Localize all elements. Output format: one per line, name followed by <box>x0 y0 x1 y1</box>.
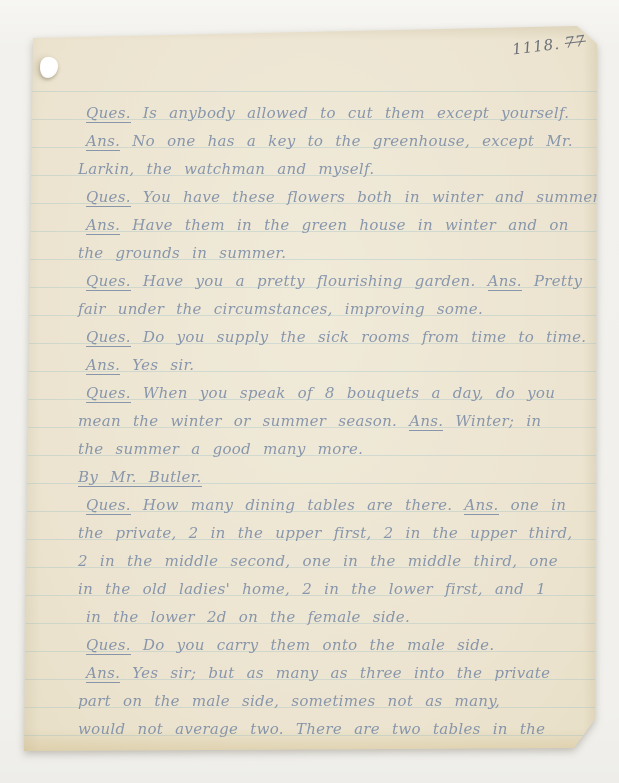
handwriting-line: Ans. Yes sir; but as many as three into … <box>78 660 590 688</box>
handwriting-line: Ques. Do you carry them onto the male si… <box>78 632 590 660</box>
handwriting-text: Do you supply the sick rooms from time t… <box>131 328 587 346</box>
handwriting-text: would not average two. There are two tab… <box>78 720 545 738</box>
handwriting-text: the summer a good many more. <box>78 440 363 458</box>
qa-label: Ans. <box>86 216 120 235</box>
qa-label: Ques. <box>86 496 131 515</box>
handwriting-line: Ans. Have them in the green house in win… <box>78 212 590 240</box>
qa-label: Ans. <box>409 412 443 431</box>
handwriting-text: Winter; in <box>443 412 541 430</box>
handwriting-line: Ques. Is anybody allowed to cut them exc… <box>78 100 590 128</box>
qa-label: Ans. <box>464 496 498 515</box>
handwriting-text: Do you carry them onto the male side. <box>131 636 495 654</box>
handwriting-text: in the old ladies' home, 2 in the lower … <box>78 580 546 598</box>
handwriting-line: Ques. You have these flowers both in win… <box>78 184 590 212</box>
handwriting-text: in the lower 2d on the female side. <box>86 608 410 626</box>
paper-wrapper: 1118.77 Ques. Is anybody allowed to cut … <box>20 24 599 754</box>
page-number-value: 1118. <box>511 35 561 59</box>
handwriting-text: mean the winter or summer season. <box>78 412 409 430</box>
handwriting-text: How many dining tables are there. <box>131 496 465 514</box>
handwriting-text: Larkin, the watchman and myself. <box>78 160 374 178</box>
qa-label: Ans. <box>86 356 120 375</box>
qa-label: Ques. <box>86 272 131 291</box>
handwriting-text: Have them in the green house in winter a… <box>120 216 569 234</box>
qa-label: Ques. <box>86 104 131 123</box>
handwriting-text: Yes sir. <box>120 356 194 374</box>
page-number-struck: 77 <box>564 32 587 52</box>
handwriting-line: Ques. Have you a pretty flourishing gard… <box>78 268 590 296</box>
paper-sheet: 1118.77 Ques. Is anybody allowed to cut … <box>20 24 599 754</box>
qa-label: Ans. <box>86 132 120 151</box>
handwriting-text: fair under the circumstances, improving … <box>78 300 483 318</box>
page-number: 1118.77 <box>511 32 587 59</box>
handwriting-line: 2 in the middle second, one in the middl… <box>78 548 590 576</box>
handwriting-line: Ans. No one has a key to the greenhouse,… <box>78 128 590 156</box>
handwriting-line: Larkin, the watchman and myself. <box>78 156 590 184</box>
qa-label: Ans. <box>488 272 522 291</box>
handwriting-line: in the old ladies' home, 2 in the lower … <box>78 576 590 604</box>
handwriting-line: Ques. How many dining tables are there. … <box>78 492 590 520</box>
handwriting-line: part on the male side, sometimes not as … <box>78 688 590 716</box>
qa-label: Ans. <box>86 664 120 683</box>
handwriting-text: one in <box>499 496 567 514</box>
handwriting-text: part on the male side, sometimes not as … <box>78 692 500 710</box>
qa-label: Ques. <box>86 188 131 207</box>
handwriting-block: Ques. Is anybody allowed to cut them exc… <box>78 100 590 744</box>
handwriting-line: Ques. When you speak of 8 bouquets a day… <box>78 380 590 408</box>
handwriting-line: mean the winter or summer season. Ans. W… <box>78 408 590 436</box>
qa-label: Ques. <box>86 636 131 655</box>
qa-label: By Mr. Butler. <box>78 468 202 487</box>
handwriting-line: the private, 2 in the upper first, 2 in … <box>78 520 590 548</box>
handwriting-line: By Mr. Butler. <box>78 464 590 492</box>
handwriting-text: No one has a key to the greenhouse, exce… <box>120 132 573 150</box>
handwriting-line: the summer a good many more. <box>78 436 590 464</box>
qa-label: Ques. <box>86 384 131 403</box>
handwriting-text: You have these flowers both in winter an… <box>131 188 604 206</box>
handwriting-line: fair under the circumstances, improving … <box>78 296 590 324</box>
handwriting-line: the grounds in summer. <box>78 240 590 268</box>
handwriting-text: 2 in the middle second, one in the middl… <box>78 552 558 570</box>
handwriting-line: Ques. Do you supply the sick rooms from … <box>78 324 590 352</box>
handwriting-text: Pretty <box>522 272 583 290</box>
handwriting-line: would not average two. There are two tab… <box>78 716 590 744</box>
handwriting-text: Yes sir; but as many as three into the p… <box>120 664 550 682</box>
handwriting-text: the private, 2 in the upper first, 2 in … <box>78 524 572 542</box>
handwriting-text: Have you a pretty flourishing garden. <box>131 272 488 290</box>
handwriting-text: Is anybody allowed to cut them except yo… <box>131 104 570 122</box>
handwriting-text: the grounds in summer. <box>78 244 286 262</box>
handwriting-line: in the lower 2d on the female side. <box>78 604 590 632</box>
qa-label: Ques. <box>86 328 131 347</box>
handwriting-text: When you speak of 8 bouquets a day, do y… <box>131 384 555 402</box>
handwriting-line: Ans. Yes sir. <box>78 352 590 380</box>
